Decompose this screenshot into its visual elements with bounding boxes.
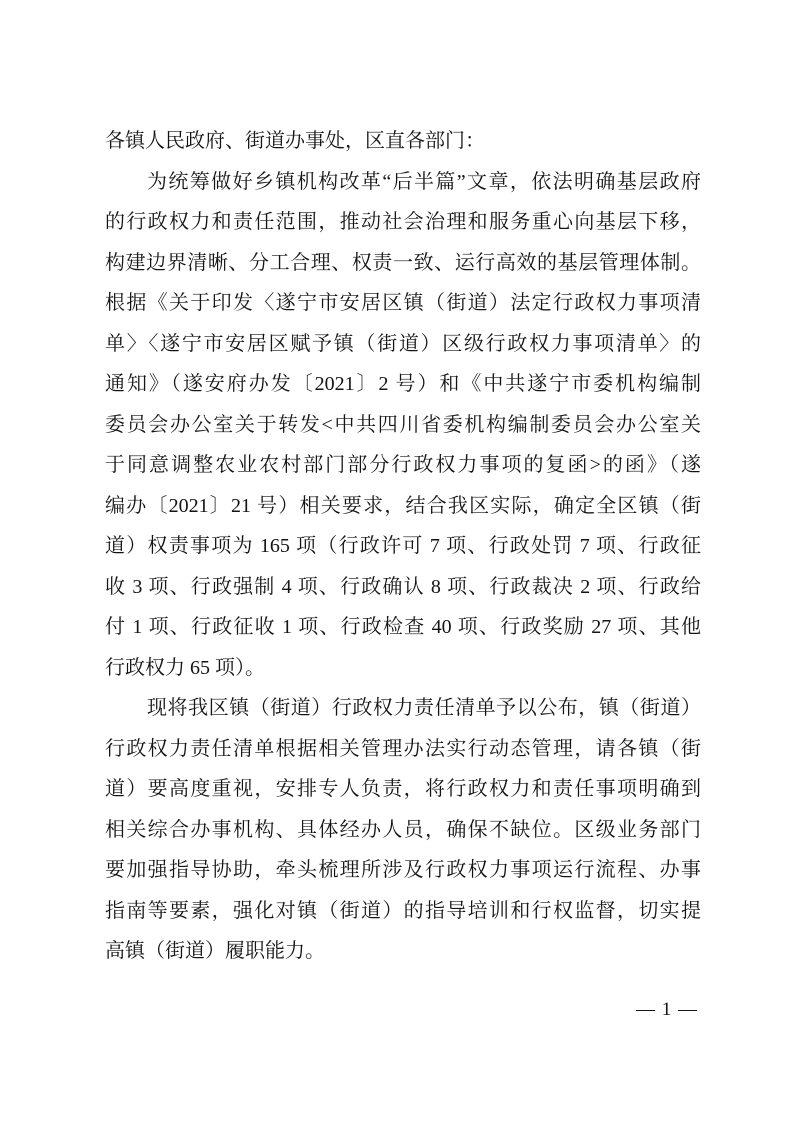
text-line: 道）权责事项为 165 项（行政许可 7 项、行政处罚 7 项、行政征: [105, 526, 701, 567]
text-line-paragraph-end: 高镇（街道）履职能力。: [105, 931, 701, 972]
text-line: 收 3 项、行政强制 4 项、行政确认 8 项、行政裁决 2 项、行政给: [105, 567, 701, 608]
text-line: 根据《关于印发〈遂宁市安居区镇（街道）法定行政权力事项清: [105, 283, 701, 324]
text-line-salutation: 各镇人民政府、街道办事处，区直各部门：: [105, 121, 701, 162]
page-number: — 1 —: [636, 999, 698, 1021]
text-line: 构建边界清晰、分工合理、权责一致、运行高效的基层管理体制。: [105, 243, 701, 284]
text-line: 指南等要素，强化对镇（街道）的指导培训和行权监督，切实提: [105, 891, 701, 932]
text-line: 道）要高度重视，安排专人负责，将行政权力和责任事项明确到: [105, 769, 701, 810]
text-line: 要加强指导协助，牵头梳理所涉及行政权力事项运行流程、办事: [105, 850, 701, 891]
text-line: 相关综合办事机构、具体经办人员，确保不缺位。区级业务部门: [105, 810, 701, 851]
text-line: 的行政权力和责任范围，推动社会治理和服务重心向基层下移，: [105, 202, 701, 243]
document-page: 各镇人民政府、街道办事处，区直各部门： 为统筹做好乡镇机构改革“后半篇”文章，依…: [0, 0, 793, 1122]
text-line: 单〉〈遂宁市安居区赋予镇（街道）区级行政权力事项清单〉的: [105, 324, 701, 365]
document-body: 各镇人民政府、街道办事处，区直各部门： 为统筹做好乡镇机构改革“后半篇”文章，依…: [105, 121, 701, 972]
text-line: 于同意调整农业农村部门部分行政权力事项的复函>的函》（遂: [105, 445, 701, 486]
text-line: 编办〔2021〕21 号）相关要求，结合我区实际，确定全区镇（街: [105, 486, 701, 527]
text-line: 通知》（遂安府办发〔2021〕2 号）和《中共遂宁市委机构编制: [105, 364, 701, 405]
text-line: 付 1 项、行政征收 1 项、行政检查 40 项、行政奖励 27 项、其他: [105, 607, 701, 648]
text-line: 为统筹做好乡镇机构改革“后半篇”文章，依法明确基层政府: [105, 162, 701, 203]
text-line-paragraph-end: 行政权力 65 项）。: [105, 648, 701, 689]
text-line: 行政权力责任清单根据相关管理办法实行动态管理，请各镇（街: [105, 729, 701, 770]
text-line: 现将我区镇（街道）行政权力责任清单予以公布，镇（街道）: [105, 688, 701, 729]
text-line: 委员会办公室关于转发<中共四川省委机构编制委员会办公室关: [105, 405, 701, 446]
